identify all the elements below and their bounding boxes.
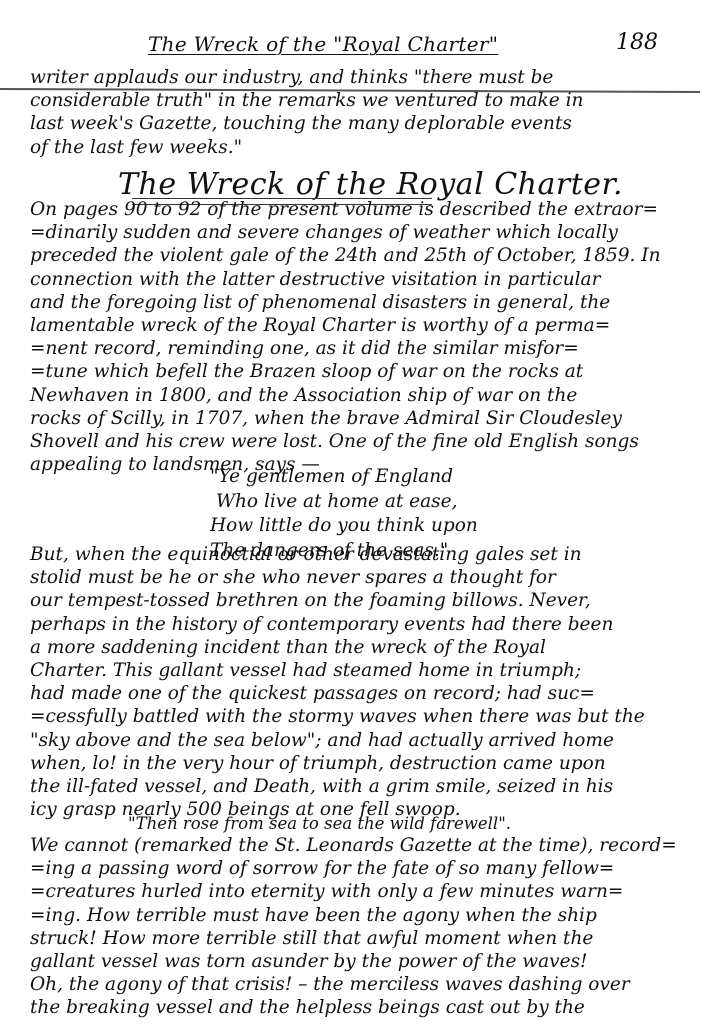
text-line: when, lo! in the very hour of triumph, d… (30, 752, 680, 775)
text-line: =cessfully battled with the stormy waves… (30, 705, 680, 728)
text-line: a more saddening incident than the wreck… (30, 636, 680, 659)
text-line: Oh, the agony of that crisis! – the merc… (30, 973, 680, 996)
text-line: stolid must be he or she who never spare… (30, 566, 680, 589)
text-line: the breaking vessel and the helpless bei… (30, 996, 680, 1019)
text-line: had made one of the quickest passages on… (30, 682, 680, 705)
text-line: Charter. This gallant vessel had steamed… (30, 659, 680, 682)
text-line: rocks of Scilly, in 1707, when the brave… (30, 407, 680, 430)
running-header: The Wreck of the "Royal Charter" 188 (0, 28, 715, 62)
text-line: lamentable wreck of the Royal Charter is… (30, 314, 680, 337)
text-line: of the last few weeks." (30, 136, 680, 159)
text-line: gallant vessel was torn asunder by the p… (30, 950, 680, 973)
text-line: last week's Gazette, touching the many d… (30, 112, 680, 135)
text-line: On pages 90 to 92 of the present volume … (30, 198, 680, 221)
text-line: writer applauds our industry, and thinks… (30, 66, 680, 89)
verse-line: Who live at home at ease, (210, 490, 478, 515)
main-paragraph: On pages 90 to 92 of the present volume … (30, 198, 680, 476)
text-line: perhaps in the history of contemporary e… (30, 613, 680, 636)
text-line: considerable truth" in the remarks we ve… (30, 89, 680, 112)
text-line: =ing. How terrible must have been the ag… (30, 904, 680, 927)
text-line: But, when the equinoctial or other devas… (30, 543, 680, 566)
chapter-title: The Wreck of the Royal Charter. (118, 168, 623, 202)
verse-line: How little do you think upon (210, 514, 478, 539)
text-line: Newhaven in 1800, and the Association sh… (30, 384, 680, 407)
text-line: preceded the violent gale of the 24th an… (30, 244, 680, 267)
text-line: =nent record, reminding one, as it did t… (30, 337, 680, 360)
second-paragraph: But, when the equinoctial or other devas… (30, 543, 680, 821)
text-line: =tune which befell the Brazen sloop of w… (30, 360, 680, 383)
text-line: struck! How more terrible still that awf… (30, 927, 680, 950)
text-line: Shovell and his crew were lost. One of t… (30, 430, 680, 453)
text-line: "sky above and the sea below"; and had a… (30, 729, 680, 752)
page-number: 188 (616, 30, 658, 55)
third-paragraph: We cannot (remarked the St. Leonards Gaz… (30, 834, 680, 1020)
running-title: The Wreck of the "Royal Charter" (148, 32, 498, 56)
poetic-quote: "Then rose from sea to sea the wild fare… (128, 814, 511, 833)
text-line: =ing a passing word of sorrow for the fa… (30, 857, 680, 880)
text-line: connection with the latter destructive v… (30, 268, 680, 291)
text-line: =creatures hurled into eternity with onl… (30, 880, 680, 903)
text-line: and the foregoing list of phenomenal dis… (30, 291, 680, 314)
text-line: =dinarily sudden and severe changes of w… (30, 221, 680, 244)
continued-paragraph: writer applauds our industry, and thinks… (30, 66, 680, 159)
verse-line: "Ye gentlemen of England (210, 465, 478, 490)
text-line: We cannot (remarked the St. Leonards Gaz… (30, 834, 680, 857)
text-line: the ill-fated vessel, and Death, with a … (30, 775, 680, 798)
manuscript-page: The Wreck of the "Royal Charter" 188 wri… (0, 0, 715, 1024)
text-line: our tempest-tossed brethren on the foami… (30, 589, 680, 612)
